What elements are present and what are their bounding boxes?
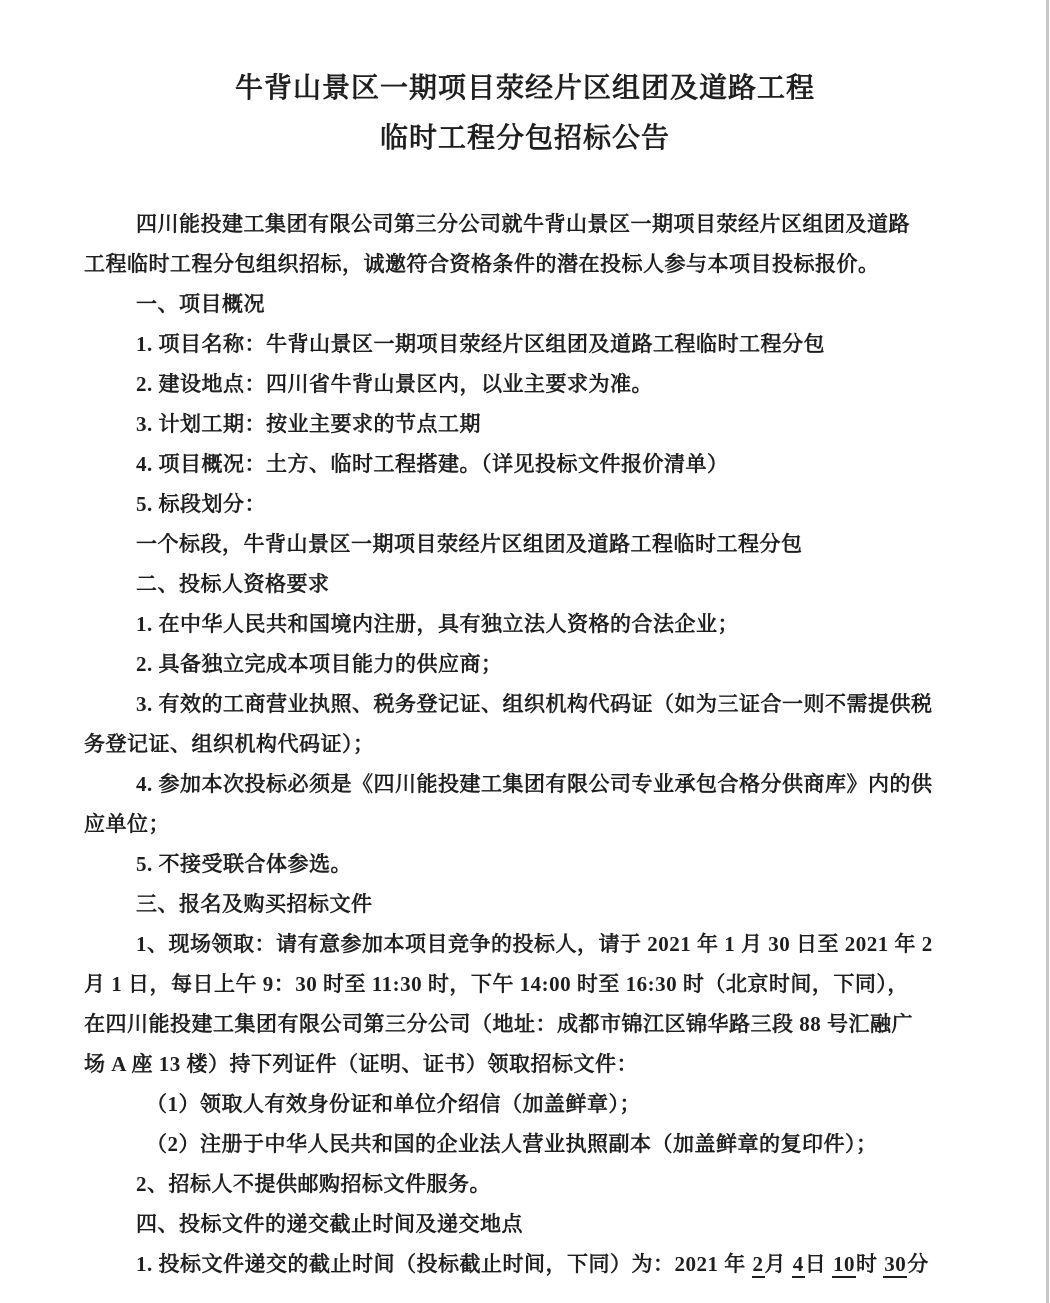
section-3-heading: 三、报名及购买招标文件 (84, 884, 980, 924)
pickup-item-line-4: 场 A 座 13 楼）持下列证件（证明、证书）领取招标文件： (84, 1044, 980, 1084)
document-title-line-1: 牛背山景区一期项目荥经片区组团及道路工程 (0, 64, 1050, 114)
section-2-heading: 二、投标人资格要求 (84, 564, 980, 604)
section-4-heading: 四、投标文件的递交截止时间及递交地点 (84, 1204, 980, 1244)
certificate-item-1: （1）领取人有效身份证和单位介绍信（加盖鲜章）； (84, 1084, 980, 1124)
qualification-item-1: 1. 在中华人民共和国境内注册，具有独立法人资格的合法企业； (84, 604, 980, 644)
document-body: 四川能投建工集团有限公司第三分公司就牛背山景区一期项目荥经片区组团及道路 工程临… (0, 204, 1050, 1284)
deadline-month-value: 2 (752, 1252, 765, 1278)
item-project-location: 2. 建设地点：四川省牛背山景区内，以业主要求为准。 (84, 364, 980, 404)
certificate-item-2: （2）注册于中华人民共和国的企业法人营业执照副本（加盖鲜章的复印件）； (84, 1124, 980, 1164)
deadline-hour-value: 10 (832, 1252, 856, 1278)
intro-line-1: 四川能投建工集团有限公司第三分公司就牛背山景区一期项目荥经片区组团及道路 (84, 204, 980, 244)
bid-deadline-line: 1. 投标文件递交的截止时间（投标截止时间，下同）为：2021 年 2月 4日 … (84, 1244, 980, 1284)
qualification-item-2: 2. 具备独立完成本项目能力的供应商； (84, 644, 980, 684)
deadline-minute-label: 分 (907, 1252, 929, 1276)
qualification-item-3-line-1: 3. 有效的工商营业执照、税务登记证、组织机构代码证（如为三证合一则不需提供税 (84, 684, 980, 724)
deadline-day-label: 日 (805, 1252, 832, 1276)
deadline-minute-value: 30 (883, 1252, 907, 1278)
item-project-name: 1. 项目名称：牛背山景区一期项目荥经片区组团及道路工程临时工程分包 (84, 324, 980, 364)
qualification-item-5: 5. 不接受联合体参选。 (84, 844, 980, 884)
intro-line-2: 工程临时工程分包组织招标，诚邀符合资格条件的潜在投标人参与本项目投标报价。 (84, 244, 980, 284)
no-mail-order-item: 2、招标人不提供邮购招标文件服务。 (84, 1164, 980, 1204)
deadline-day-value: 4 (792, 1252, 805, 1278)
deadline-month-label: 月 (765, 1252, 792, 1276)
document-page: 牛背山景区一期项目荥经片区组团及道路工程 临时工程分包招标公告 四川能投建工集团… (0, 0, 1050, 1303)
deadline-prefix: 1. 投标文件递交的截止时间（投标截止时间，下同）为：2021 年 (136, 1252, 752, 1276)
item-project-schedule: 3. 计划工期：按业主要求的节点工期 (84, 404, 980, 444)
qualification-item-4-line-2: 应单位； (84, 804, 980, 844)
deadline-hour-label: 时 (856, 1252, 883, 1276)
scan-edge-shadow (1046, 0, 1049, 1303)
item-project-overview: 4. 项目概况：土方、临时工程搭建。（详见投标文件报价清单） (84, 444, 980, 484)
pickup-item-line-1: 1、现场领取：请有意参加本项目竞争的投标人，请于 2021 年 1 月 30 日… (84, 924, 980, 964)
lot-division-detail: 一个标段，牛背山景区一期项目荥经片区组团及道路工程临时工程分包 (84, 524, 980, 564)
section-1-heading: 一、项目概况 (84, 284, 980, 324)
qualification-item-3-line-2: 务登记证、组织机构代码证）； (84, 724, 980, 764)
item-lot-division: 5. 标段划分： (84, 484, 980, 524)
pickup-item-line-3: 在四川能投建工集团有限公司第三分公司（地址：成都市锦江区锦华路三段 88 号汇融… (84, 1004, 980, 1044)
document-title-line-2: 临时工程分包招标公告 (0, 114, 1050, 164)
pickup-item-line-2: 月 1 日，每日上午 9：30 时至 11:30 时，下午 14:00 时至 1… (84, 964, 980, 1004)
qualification-item-4-line-1: 4. 参加本次投标必须是《四川能投建工集团有限公司专业承包合格分供商库》内的供 (84, 764, 980, 804)
document-title: 牛背山景区一期项目荥经片区组团及道路工程 临时工程分包招标公告 (0, 64, 1050, 164)
